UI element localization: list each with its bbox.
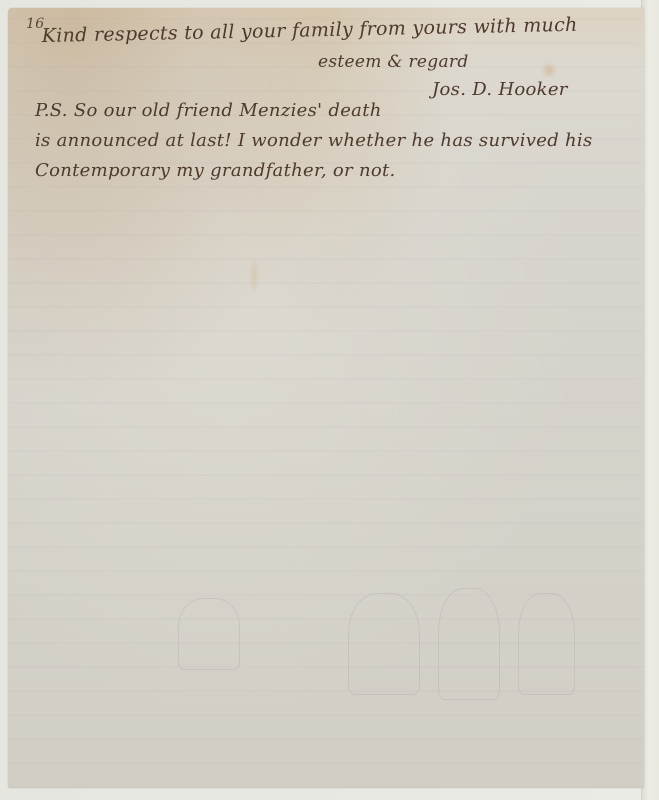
faint-pencil-sketch — [518, 593, 575, 695]
letter-page — [8, 8, 644, 788]
faint-pencil-sketch — [438, 588, 500, 700]
foxing-stain — [540, 62, 558, 78]
faint-pencil-sketch — [178, 598, 240, 670]
postscript-line: Contemporary my grandfather, or not. — [35, 160, 396, 181]
faint-pencil-sketch — [348, 593, 420, 695]
foxing-stain — [248, 256, 260, 296]
signature: Jos. D. Hooker — [432, 79, 568, 100]
closing-line: esteem & regard — [318, 52, 469, 72]
postscript-line: is announced at last! I wonder whether h… — [35, 130, 593, 151]
postscript-line: P.S. So our old friend Menzies' death — [35, 100, 382, 121]
